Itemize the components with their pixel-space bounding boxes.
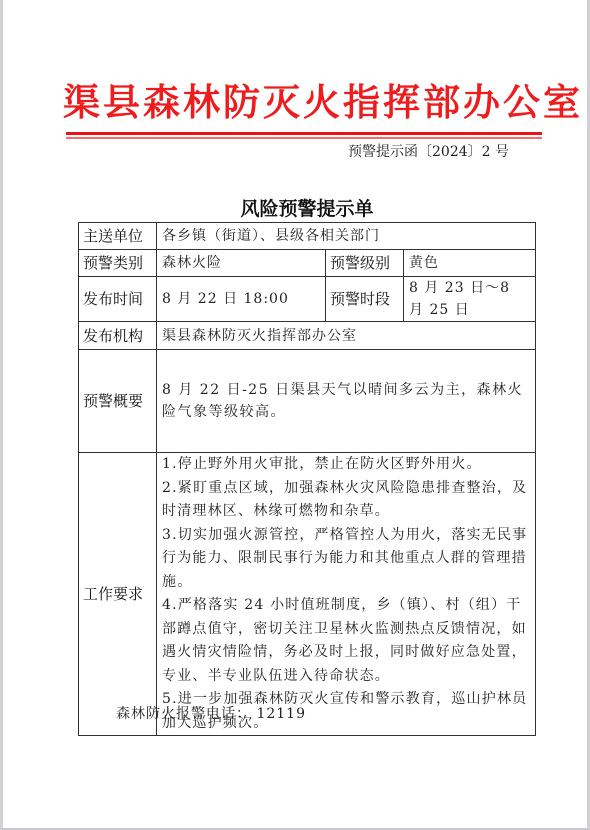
requirement-item: 3.切实加强火源管控，严格管控人为用火，落实无民事行为能力、限制民事行为能力和其… [162, 524, 530, 595]
recipient-label: 主送单位 [79, 223, 157, 250]
requirement-item: 1.停止野外用火审批，禁止在防火区野外用火。 [162, 453, 530, 477]
table-row-issuer: 发布机构 渠县森林防灭火指挥部办公室 [79, 322, 536, 350]
summary-label: 预警概要 [79, 350, 157, 453]
table-row-issue-time: 发布时间 8 月 22 日 18:00 预警时段 8 月 23 日～8 月 25… [79, 277, 536, 322]
recipient-value: 各乡镇（街道）、县级各相关部门 [157, 223, 536, 250]
table-row-recipient: 主送单位 各乡镇（街道）、县级各相关部门 [79, 223, 536, 250]
table-row-requirements: 工作要求 1.停止野外用火审批，禁止在防火区野外用火。 2.紧盯重点区域，加强森… [79, 453, 536, 736]
header-rule-thick [66, 132, 542, 135]
requirement-item: 4.严格落实 24 小时值班制度，乡（镇）、村（组）干部蹲点值守，密切关注卫星林… [162, 594, 530, 688]
summary-value: 8 月 22 日-25 日渠县天气以晴间多云为主，森林火险气象等级较高。 [157, 350, 536, 453]
document-number: 预警提示函〔2024〕2 号 [348, 142, 509, 162]
requirements-label: 工作要求 [79, 453, 157, 736]
level-label: 预警级别 [326, 250, 404, 277]
requirement-item: 2.紧盯重点区域，加强森林火灾风险隐患排查整治，及时清理林区、林缘可燃物和杂草。 [162, 477, 530, 524]
table-row-summary: 预警概要 8 月 22 日-25 日渠县天气以晴间多云为主，森林火险气象等级较高… [79, 350, 536, 453]
period-value: 8 月 23 日～8 月 25 日 [404, 277, 536, 322]
requirements-list: 1.停止野外用火审批，禁止在防火区野外用火。 2.紧盯重点区域，加强森林火灾风险… [157, 453, 536, 736]
period-label: 预警时段 [326, 277, 404, 322]
issue-time-value: 8 月 22 日 18:00 [157, 277, 326, 322]
warning-table: 主送单位 各乡镇（街道）、县级各相关部门 预警类别 森林火险 预警级别 黄色 发… [78, 222, 536, 736]
document-page: 渠县森林防灭火指挥部办公室 预警提示函〔2024〕2 号 风险预警提示单 主送单… [0, 0, 590, 830]
issue-time-label: 发布时间 [79, 277, 157, 322]
header-rule-thin [66, 137, 542, 139]
issuer-label: 发布机构 [79, 322, 157, 350]
org-title: 渠县森林防灭火指挥部办公室 [63, 80, 543, 124]
category-value: 森林火险 [157, 250, 326, 277]
table-row-category: 预警类别 森林火险 预警级别 黄色 [79, 250, 536, 277]
category-label: 预警类别 [79, 250, 157, 277]
form-title: 风险预警提示单 [78, 196, 536, 222]
level-value: 黄色 [404, 250, 536, 277]
fire-alarm-phone: 森林防火报警电话： 12119 [116, 704, 306, 724]
issuer-value: 渠县森林防灭火指挥部办公室 [157, 322, 536, 350]
